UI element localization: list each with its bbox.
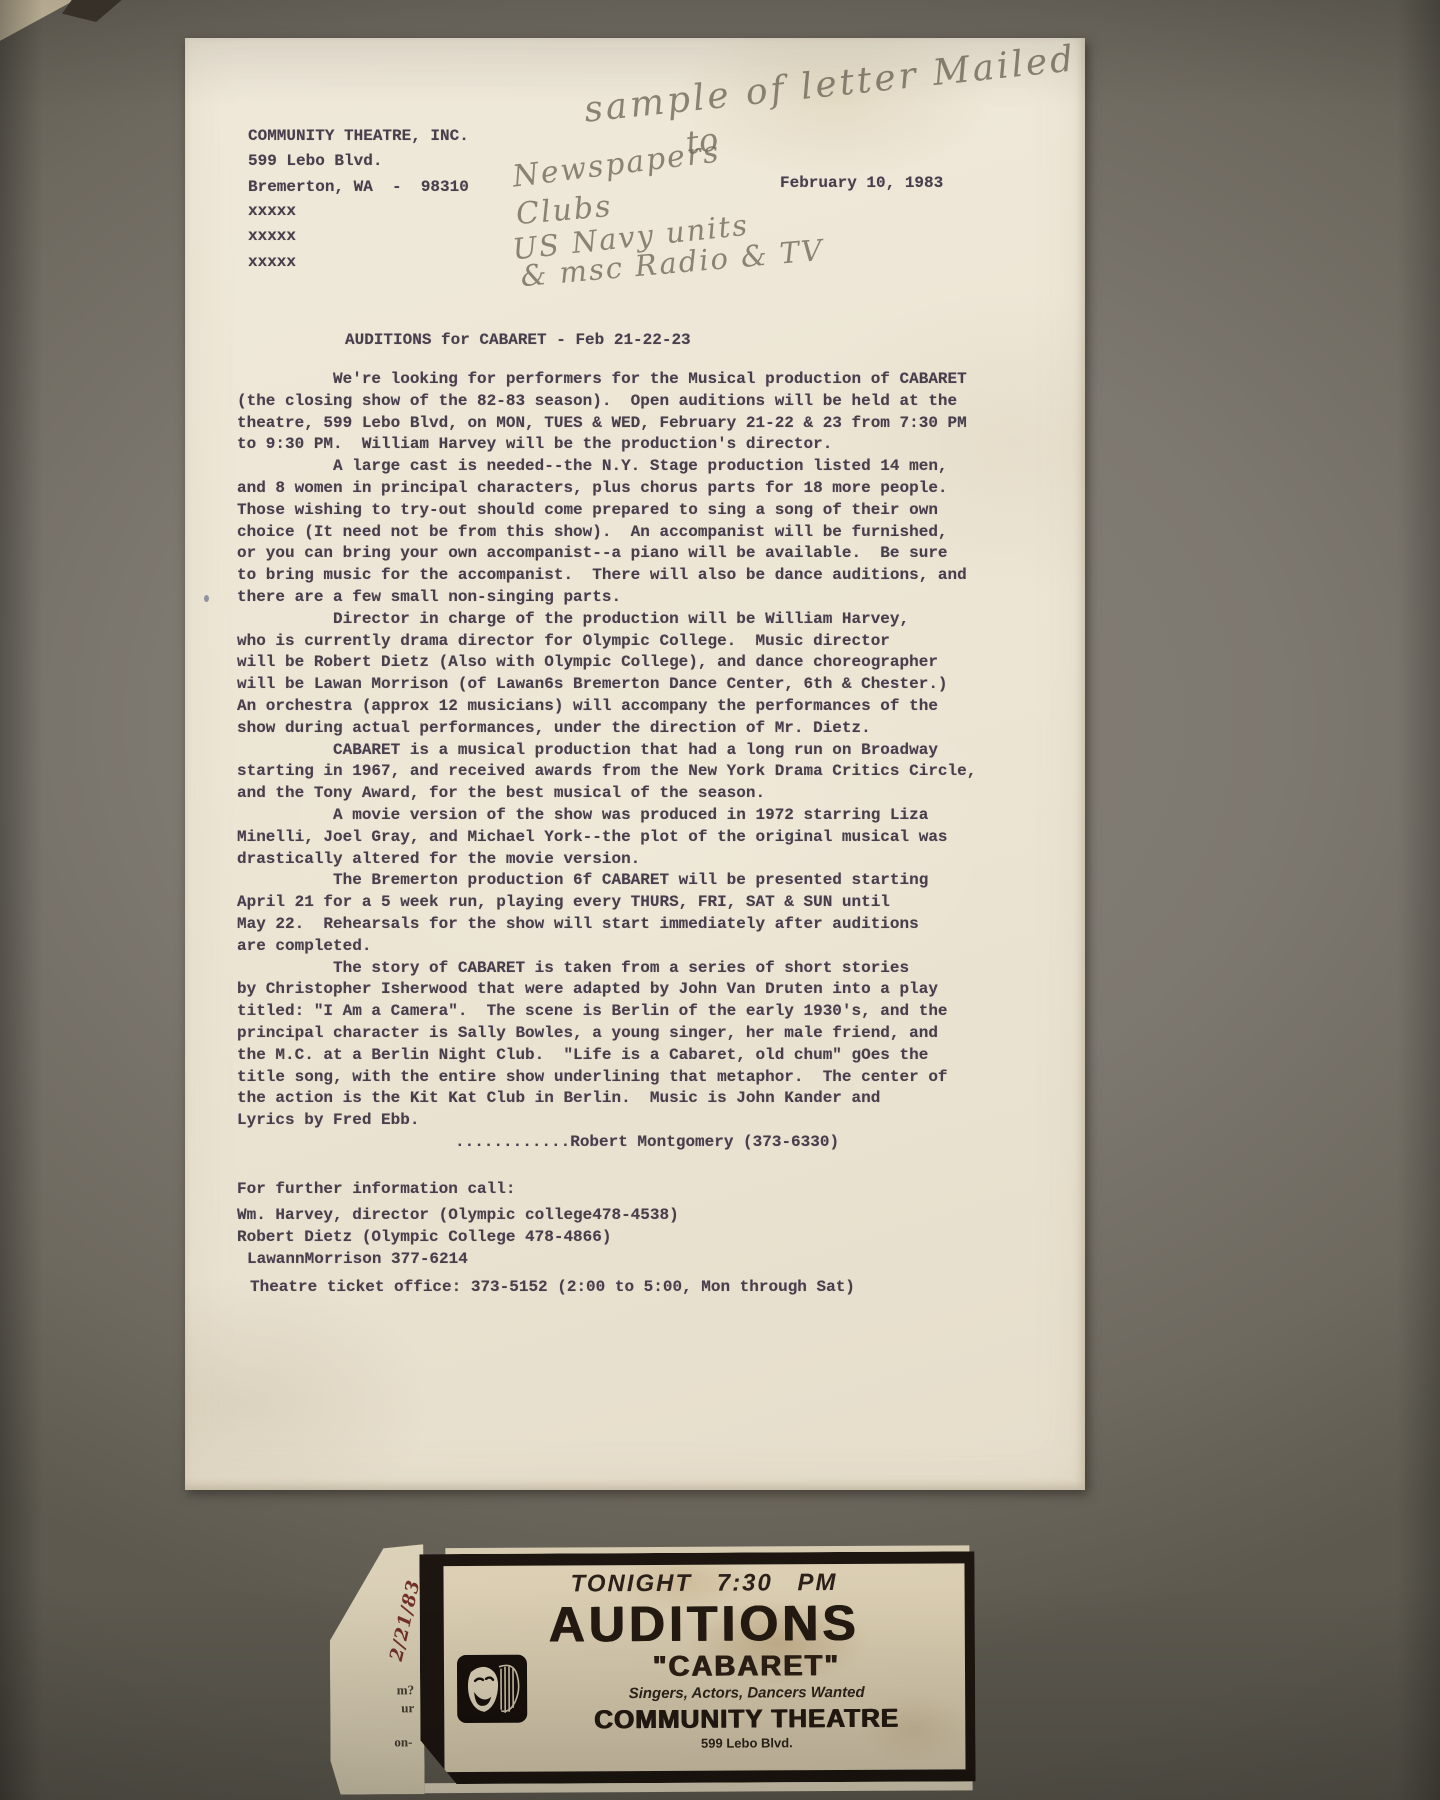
- newsprint-fragment: on-: [382, 1734, 412, 1750]
- contact-dietz: Robert Dietz (Olympic College 478-4866): [237, 1227, 1047, 1249]
- newsprint-fragment: ur: [384, 1700, 414, 1716]
- ad-show-title: "CABARET": [528, 1651, 965, 1682]
- ad-text-stack: "CABARET" Singers, Actors, Dancers Wante…: [528, 1651, 966, 1751]
- signature-line: ............Robert Montgomery (373-6330): [455, 1132, 1047, 1154]
- paragraph-5: A movie version of the show was produced…: [237, 805, 1047, 870]
- paragraph-2: A large cast is needed--the N.Y. Stage p…: [237, 456, 1047, 609]
- contact-list: Wm. Harvey, director (Olympic college478…: [237, 1205, 1047, 1270]
- contact-harvey: Wm. Harvey, director (Olympic college478…: [237, 1205, 1047, 1227]
- ad-tagline: Singers, Actors, Dancers Wanted: [528, 1683, 965, 1702]
- ad-venue-address: 599 Lebo Blvd.: [528, 1734, 965, 1751]
- ad-showtime: TONIGHT 7:30 PM: [443, 1570, 964, 1597]
- recipient-placeholder-lines: xxxxx xxxxx xxxxx: [248, 199, 296, 275]
- paragraph-6: The Bremerton production 6f CABARET will…: [237, 870, 1047, 957]
- paragraph-3: Director in charge of the production wil…: [237, 609, 1047, 740]
- ad-border-frame: TONIGHT 7:30 PM AUDITIONS: [419, 1551, 975, 1784]
- ticket-office-line: Theatre ticket office: 373-5152 (2:00 to…: [250, 1277, 1047, 1299]
- letter-date: February 10, 1983: [780, 174, 943, 192]
- newsprint-fragment: m?: [384, 1682, 414, 1698]
- footer-intro: For further information call:: [237, 1179, 1047, 1201]
- paragraph-4: CABARET is a musical production that had…: [237, 740, 1047, 805]
- ink-speck: [204, 595, 209, 602]
- audition-ad: TONIGHT 7:30 PM AUDITIONS: [443, 1563, 965, 1772]
- newspaper-clipping: m? ur on- 2/21/83 TONIGHT 7:30 PM AUDITI…: [327, 1541, 980, 1796]
- paragraph-7: The story of CABARET is taken from a ser…: [237, 958, 1047, 1132]
- ad-venue: COMMUNITY THEATRE: [528, 1704, 965, 1732]
- letter-body: We're looking for performers for the Mus…: [237, 369, 1047, 1299]
- ad-lower-row: "CABARET" Singers, Actors, Dancers Wante…: [444, 1651, 966, 1752]
- letterhead: COMMUNITY THEATRE, INC. 599 Lebo Blvd. B…: [248, 124, 469, 200]
- comedy-tragedy-masks-icon: [456, 1654, 528, 1724]
- paragraph-1: We're looking for performers for the Mus…: [237, 369, 1047, 456]
- mat-corner-shadow: [62, 0, 124, 22]
- letter-heading: AUDITIONS for CABARET - Feb 21-22-23: [345, 331, 691, 349]
- ad-headline: AUDITIONS: [444, 1597, 965, 1650]
- photo-of-mounted-letter: COMMUNITY THEATRE, INC. 599 Lebo Blvd. B…: [0, 0, 1440, 1800]
- contact-morrison: LawannMorrison 377-6214: [247, 1249, 1047, 1271]
